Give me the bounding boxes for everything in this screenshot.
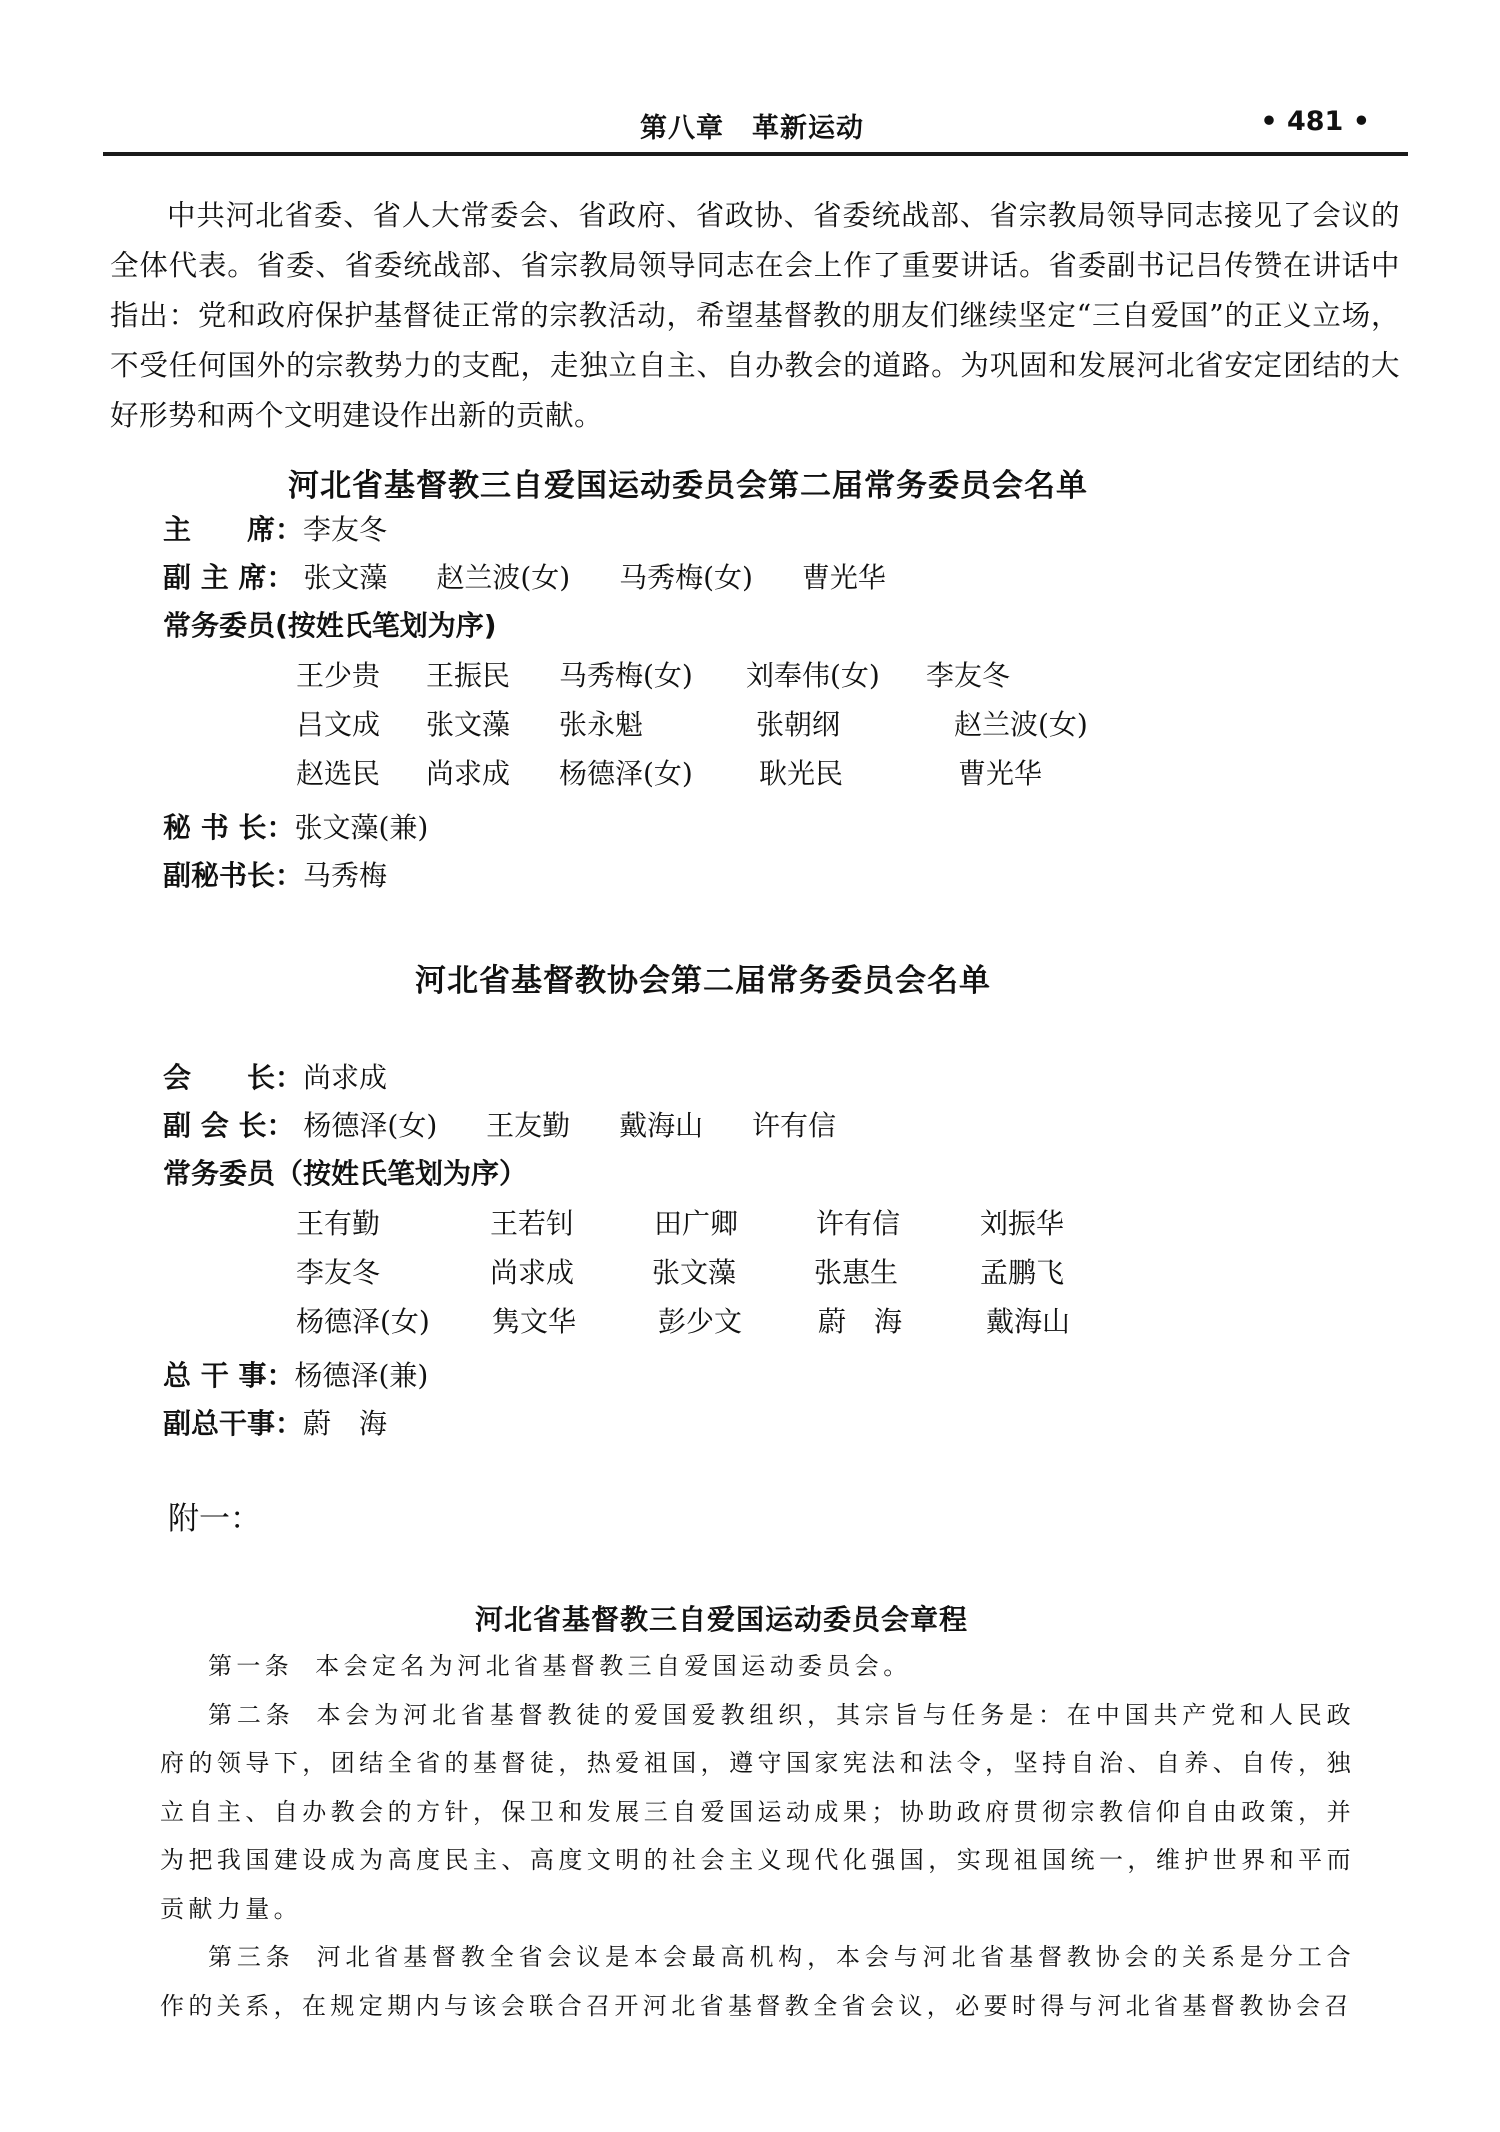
row-label: 秘 书 长：	[163, 808, 295, 848]
row-label: 副总干事：	[163, 1404, 303, 1444]
name: 张朝纲	[756, 705, 840, 745]
tspm-standing-label-row: 常务委员(按姓氏笔划为序)	[163, 606, 497, 646]
appendix-label: 附一：	[168, 1493, 261, 1538]
name: 王若钊	[490, 1204, 574, 1244]
name: 尚求成	[303, 1061, 387, 1094]
charter-article-2: 第二条本会为河北省基督教徒的爱国爱教组织，其宗旨与任务是：在中国共产党和人民政府…	[160, 1691, 1355, 1934]
row-label: 会 长：	[163, 1058, 303, 1098]
name: 蔚 海	[818, 1302, 902, 1342]
name: 李友冬	[926, 656, 1010, 696]
tspm-secretary-general-row: 秘 书 长：张文藻(兼)	[163, 808, 468, 848]
charter-article-1: 第一条本会定名为河北省基督教三自爱国运动委员会。	[160, 1642, 1355, 1691]
name: 杨德泽(女)	[559, 754, 693, 794]
name: 张文藻	[426, 705, 510, 745]
name: 彭少文	[658, 1302, 742, 1342]
tspm-vice-chairmen-row: 副 主 席： 张文藻 赵兰波(女) 马秀梅(女) 曹光华	[163, 558, 926, 598]
name: 赵兰波(女)	[954, 705, 1088, 745]
name: 许有信	[816, 1204, 900, 1244]
name: 赵兰波(女)	[436, 561, 570, 594]
cc-standing-label-row: 常务委员（按姓氏笔划为序）	[163, 1154, 527, 1194]
name: 隽文华	[492, 1302, 576, 1342]
name: 戴海山	[986, 1302, 1070, 1342]
running-header: 第八章 革新运动 • 481 •	[150, 106, 1400, 146]
cc-vice-presidents-row: 副 会 长： 杨德泽(女) 王友勤 戴海山 许有信	[163, 1106, 876, 1146]
article-label: 第三条	[208, 1943, 295, 1971]
article-text: 本会定名为河北省基督教三自爱国运动委员会。	[315, 1652, 911, 1680]
row-label: 主 席：	[163, 510, 303, 550]
name: 曹光华	[802, 561, 886, 594]
name: 王少贵	[296, 656, 380, 696]
name: 马秀梅(女)	[619, 561, 753, 594]
cc-general-secretary-row: 总 干 事：杨德泽(兼)	[163, 1356, 468, 1396]
header-rule	[103, 152, 1408, 156]
charter-title: 河北省基督教三自爱国运动委员会章程	[475, 1598, 968, 1638]
name: 王友勤	[486, 1109, 570, 1142]
name: 杨德泽(兼)	[295, 1359, 429, 1392]
chapter-title: 第八章 革新运动	[640, 106, 864, 145]
article-label: 第二条	[208, 1701, 295, 1729]
name: 吕文成	[296, 705, 380, 745]
row-label: 副 主 席：	[163, 558, 295, 598]
article-text: 河北省基督教全省会议是本会最高机构，本会与河北省基督教协会的关系是分工合作的关系…	[160, 1943, 1355, 2020]
name: 张惠生	[814, 1253, 898, 1293]
name: 孟鹏飞	[980, 1253, 1064, 1293]
row-label: 副秘书长：	[163, 856, 303, 896]
name: 戴海山	[619, 1109, 703, 1142]
name: 张永魁	[559, 705, 643, 745]
charter-article-3: 第三条河北省基督教全省会议是本会最高机构，本会与河北省基督教协会的关系是分工合作…	[160, 1933, 1355, 2030]
name: 赵选民	[296, 754, 380, 794]
row-label: 副 会 长：	[163, 1106, 295, 1146]
row-label: 常务委员（按姓氏笔划为序）	[163, 1154, 527, 1194]
row-label: 总 干 事：	[163, 1356, 295, 1396]
name: 张文藻	[303, 561, 387, 594]
name: 张文藻(兼)	[295, 811, 429, 844]
name: 杨德泽(女)	[296, 1302, 430, 1342]
row-label: 常务委员(按姓氏笔划为序)	[163, 606, 497, 646]
cc-committee-title: 河北省基督教协会第二届常务委员会名单	[415, 955, 991, 1000]
charter-body: 第一条本会定名为河北省基督教三自爱国运动委员会。 第二条本会为河北省基督教徒的爱…	[160, 1642, 1355, 2030]
book-page: 第八章 革新运动 • 481 • 中共河北省委、省人大常委会、省政府、省政协、省…	[0, 0, 1500, 2132]
name: 曹光华	[958, 754, 1042, 794]
name: 王振民	[426, 656, 510, 696]
name: 刘振华	[980, 1204, 1064, 1244]
name: 耿光民	[759, 754, 843, 794]
name: 马秀梅	[303, 859, 387, 892]
tspm-chairman-row: 主 席：李友冬	[163, 510, 427, 550]
name: 马秀梅(女)	[559, 656, 693, 696]
name: 田广卿	[654, 1204, 738, 1244]
name: 张文藻	[652, 1253, 736, 1293]
name: 杨德泽(女)	[303, 1109, 437, 1142]
name: 刘奉伟(女)	[746, 656, 880, 696]
name: 许有信	[752, 1109, 836, 1142]
name: 蔚 海	[303, 1407, 387, 1440]
name: 李友冬	[296, 1253, 380, 1293]
article-text: 本会为河北省基督教徒的爱国爱教组织，其宗旨与任务是：在中国共产党和人民政府的领导…	[160, 1701, 1355, 1923]
page-number: • 481 •	[1260, 106, 1370, 137]
tspm-committee-title: 河北省基督教三自爱国运动委员会第二届常务委员会名单	[288, 460, 1088, 505]
name: 王有勤	[296, 1204, 380, 1244]
article-label: 第一条	[208, 1652, 293, 1680]
name: 尚求成	[490, 1253, 574, 1293]
tspm-deputy-secretary-row: 副秘书长：马秀梅	[163, 856, 427, 896]
intro-paragraph: 中共河北省委、省人大常委会、省政府、省政协、省委统战部、省宗教局领导同志接见了会…	[110, 191, 1400, 441]
name: 李友冬	[303, 513, 387, 546]
name: 尚求成	[426, 754, 510, 794]
cc-president-row: 会 长：尚求成	[163, 1058, 427, 1098]
cc-deputy-general-secretary-row: 副总干事：蔚 海	[163, 1404, 427, 1444]
